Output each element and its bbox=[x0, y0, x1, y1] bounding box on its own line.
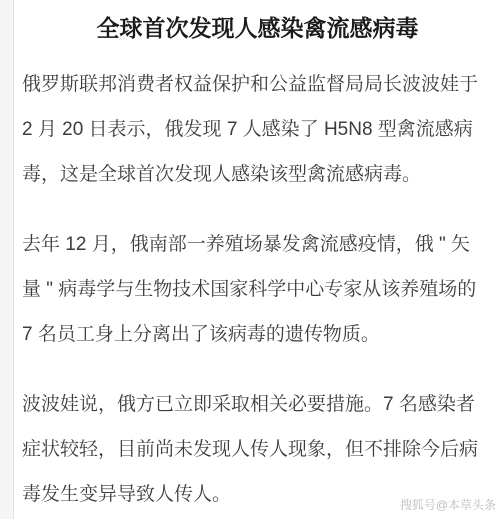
page: 全球首次发现人感染禽流感病毒 俄罗斯联邦消费者权益保护和公益监督局局长波波娃于 … bbox=[0, 0, 500, 519]
article-paragraph-2: 去年 12 月，俄南部一养殖场暴发禽流感疫情，俄 " 矢 量 " 病毒学与生物技… bbox=[22, 222, 493, 357]
article-line: 去年 12 月，俄南部一养殖场暴发禽流感疫情，俄 " 矢 bbox=[22, 222, 493, 267]
article-line: 症状较轻，目前尚未发现人传人现象，但不排除今后病 bbox=[22, 427, 493, 472]
watermark: 搜狐号@本草头条 bbox=[400, 496, 496, 513]
article-card: 全球首次发现人感染禽流感病毒 俄罗斯联邦消费者权益保护和公益监督局局长波波娃于 … bbox=[13, 0, 500, 519]
article-line: 7 名员工身上分离出了该病毒的遗传物质。 bbox=[22, 312, 493, 357]
article-line: 毒，这是全球首次发现人感染该型禽流感病毒。 bbox=[22, 152, 493, 197]
article-line: 2 月 20 日表示，俄发现 7 人感染了 H5N8 型禽流感病 bbox=[22, 107, 493, 152]
article-line: 波波娃说，俄方已立即采取相关必要措施。7 名感染者 bbox=[22, 382, 493, 427]
article-paragraph-1: 俄罗斯联邦消费者权益保护和公益监督局局长波波娃于 2 月 20 日表示，俄发现 … bbox=[22, 62, 493, 197]
article-title: 全球首次发现人感染禽流感病毒 bbox=[22, 13, 493, 43]
article-line: 量 " 病毒学与生物技术国家科学中心专家从该养殖场的 bbox=[22, 267, 493, 312]
article-line: 俄罗斯联邦消费者权益保护和公益监督局局长波波娃于 bbox=[22, 62, 493, 107]
